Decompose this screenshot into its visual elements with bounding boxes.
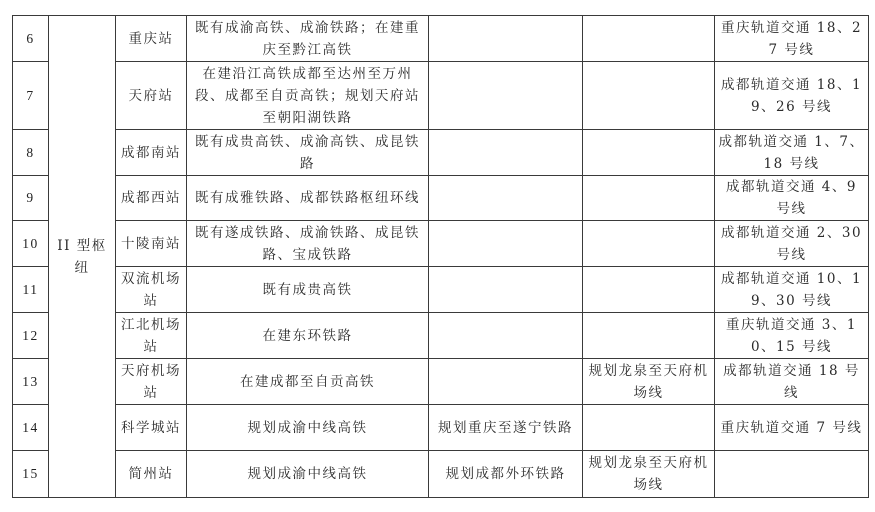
railway-existing: 既有成贵高铁、成渝高铁、成昆铁路: [187, 130, 429, 176]
station-name: 江北机场站: [116, 313, 187, 359]
table-row: 7 天府站 在建沿江高铁成都至达州至万州段、成都至自贡高铁；规划天府站至朝阳湖铁…: [13, 62, 869, 130]
railway-existing: 规划成渝中线高铁: [187, 451, 429, 498]
table-row: 10 十陵南站 既有遂成铁路、成渝铁路、成昆铁路、宝成铁路 成都轨道交通 2、3…: [13, 221, 869, 267]
station-name: 天府机场站: [116, 359, 187, 405]
row-number: 6: [13, 16, 49, 62]
railway-col3: [583, 62, 715, 130]
railway-col2: [429, 267, 583, 313]
metro-lines: 成都轨道交通 4、9 号线: [715, 176, 869, 221]
railway-col3: [583, 313, 715, 359]
metro-lines: 成都轨道交通 2、30 号线: [715, 221, 869, 267]
railway-col2: [429, 221, 583, 267]
railway-col2: [429, 176, 583, 221]
row-number: 14: [13, 405, 49, 451]
row-number: 11: [13, 267, 49, 313]
row-number: 8: [13, 130, 49, 176]
table-row: 13 天府机场站 在建成都至自贡高铁 规划龙泉至天府机场线 成都轨道交通 18 …: [13, 359, 869, 405]
railway-col2: [429, 62, 583, 130]
railway-col3: [583, 130, 715, 176]
hub-type-cell: II 型枢纽: [49, 16, 116, 498]
station-name: 天府站: [116, 62, 187, 130]
row-number: 12: [13, 313, 49, 359]
station-name: 成都西站: [116, 176, 187, 221]
table-row: 8 成都南站 既有成贵高铁、成渝高铁、成昆铁路 成都轨道交通 1、7、18 号线: [13, 130, 869, 176]
railway-col2: [429, 313, 583, 359]
table-row: 12 江北机场站 在建东环铁路 重庆轨道交通 3、10、15 号线: [13, 313, 869, 359]
railway-col3: 规划龙泉至天府机场线: [583, 359, 715, 405]
station-name: 十陵南站: [116, 221, 187, 267]
railway-col2: 规划重庆至遂宁铁路: [429, 405, 583, 451]
railway-existing: 既有成雅铁路、成都铁路枢纽环线: [187, 176, 429, 221]
row-number: 15: [13, 451, 49, 498]
table-row: 6 II 型枢纽 重庆站 既有成渝高铁、成渝铁路；在建重庆至黔江高铁 重庆轨道交…: [13, 16, 869, 62]
metro-lines: [715, 451, 869, 498]
station-name: 重庆站: [116, 16, 187, 62]
row-number: 9: [13, 176, 49, 221]
station-name: 简州站: [116, 451, 187, 498]
railway-col3: [583, 176, 715, 221]
station-name: 成都南站: [116, 130, 187, 176]
station-name: 科学城站: [116, 405, 187, 451]
railway-existing: 在建沿江高铁成都至达州至万州段、成都至自贡高铁；规划天府站至朝阳湖铁路: [187, 62, 429, 130]
metro-lines: 重庆轨道交通 3、10、15 号线: [715, 313, 869, 359]
metro-lines: 成都轨道交通 10、19、30 号线: [715, 267, 869, 313]
railway-col3: [583, 16, 715, 62]
railway-existing: 在建东环铁路: [187, 313, 429, 359]
metro-lines: 重庆轨道交通 18、27 号线: [715, 16, 869, 62]
railway-col2: [429, 16, 583, 62]
railway-col2: [429, 130, 583, 176]
railway-existing: 在建成都至自贡高铁: [187, 359, 429, 405]
railway-col3: [583, 267, 715, 313]
railway-existing: 既有成贵高铁: [187, 267, 429, 313]
railway-existing: 既有遂成铁路、成渝铁路、成昆铁路、宝成铁路: [187, 221, 429, 267]
railway-existing: 既有成渝高铁、成渝铁路；在建重庆至黔江高铁: [187, 16, 429, 62]
metro-lines: 重庆轨道交通 7 号线: [715, 405, 869, 451]
railway-col3: [583, 221, 715, 267]
table-row: 14 科学城站 规划成渝中线高铁 规划重庆至遂宁铁路 重庆轨道交通 7 号线: [13, 405, 869, 451]
metro-lines: 成都轨道交通 1、7、18 号线: [715, 130, 869, 176]
railway-col3: 规划龙泉至天府机场线: [583, 451, 715, 498]
metro-lines: 成都轨道交通 18、19、26 号线: [715, 62, 869, 130]
table-row: 11 双流机场站 既有成贵高铁 成都轨道交通 10、19、30 号线: [13, 267, 869, 313]
row-number: 10: [13, 221, 49, 267]
station-name: 双流机场站: [116, 267, 187, 313]
table-row: 9 成都西站 既有成雅铁路、成都铁路枢纽环线 成都轨道交通 4、9 号线: [13, 176, 869, 221]
transport-hub-table: 6 II 型枢纽 重庆站 既有成渝高铁、成渝铁路；在建重庆至黔江高铁 重庆轨道交…: [12, 15, 869, 498]
row-number: 7: [13, 62, 49, 130]
railway-existing: 规划成渝中线高铁: [187, 405, 429, 451]
metro-lines: 成都轨道交通 18 号线: [715, 359, 869, 405]
railway-col2: 规划成都外环铁路: [429, 451, 583, 498]
railway-col3: [583, 405, 715, 451]
railway-col2: [429, 359, 583, 405]
table-row: 15 简州站 规划成渝中线高铁 规划成都外环铁路 规划龙泉至天府机场线: [13, 451, 869, 498]
row-number: 13: [13, 359, 49, 405]
